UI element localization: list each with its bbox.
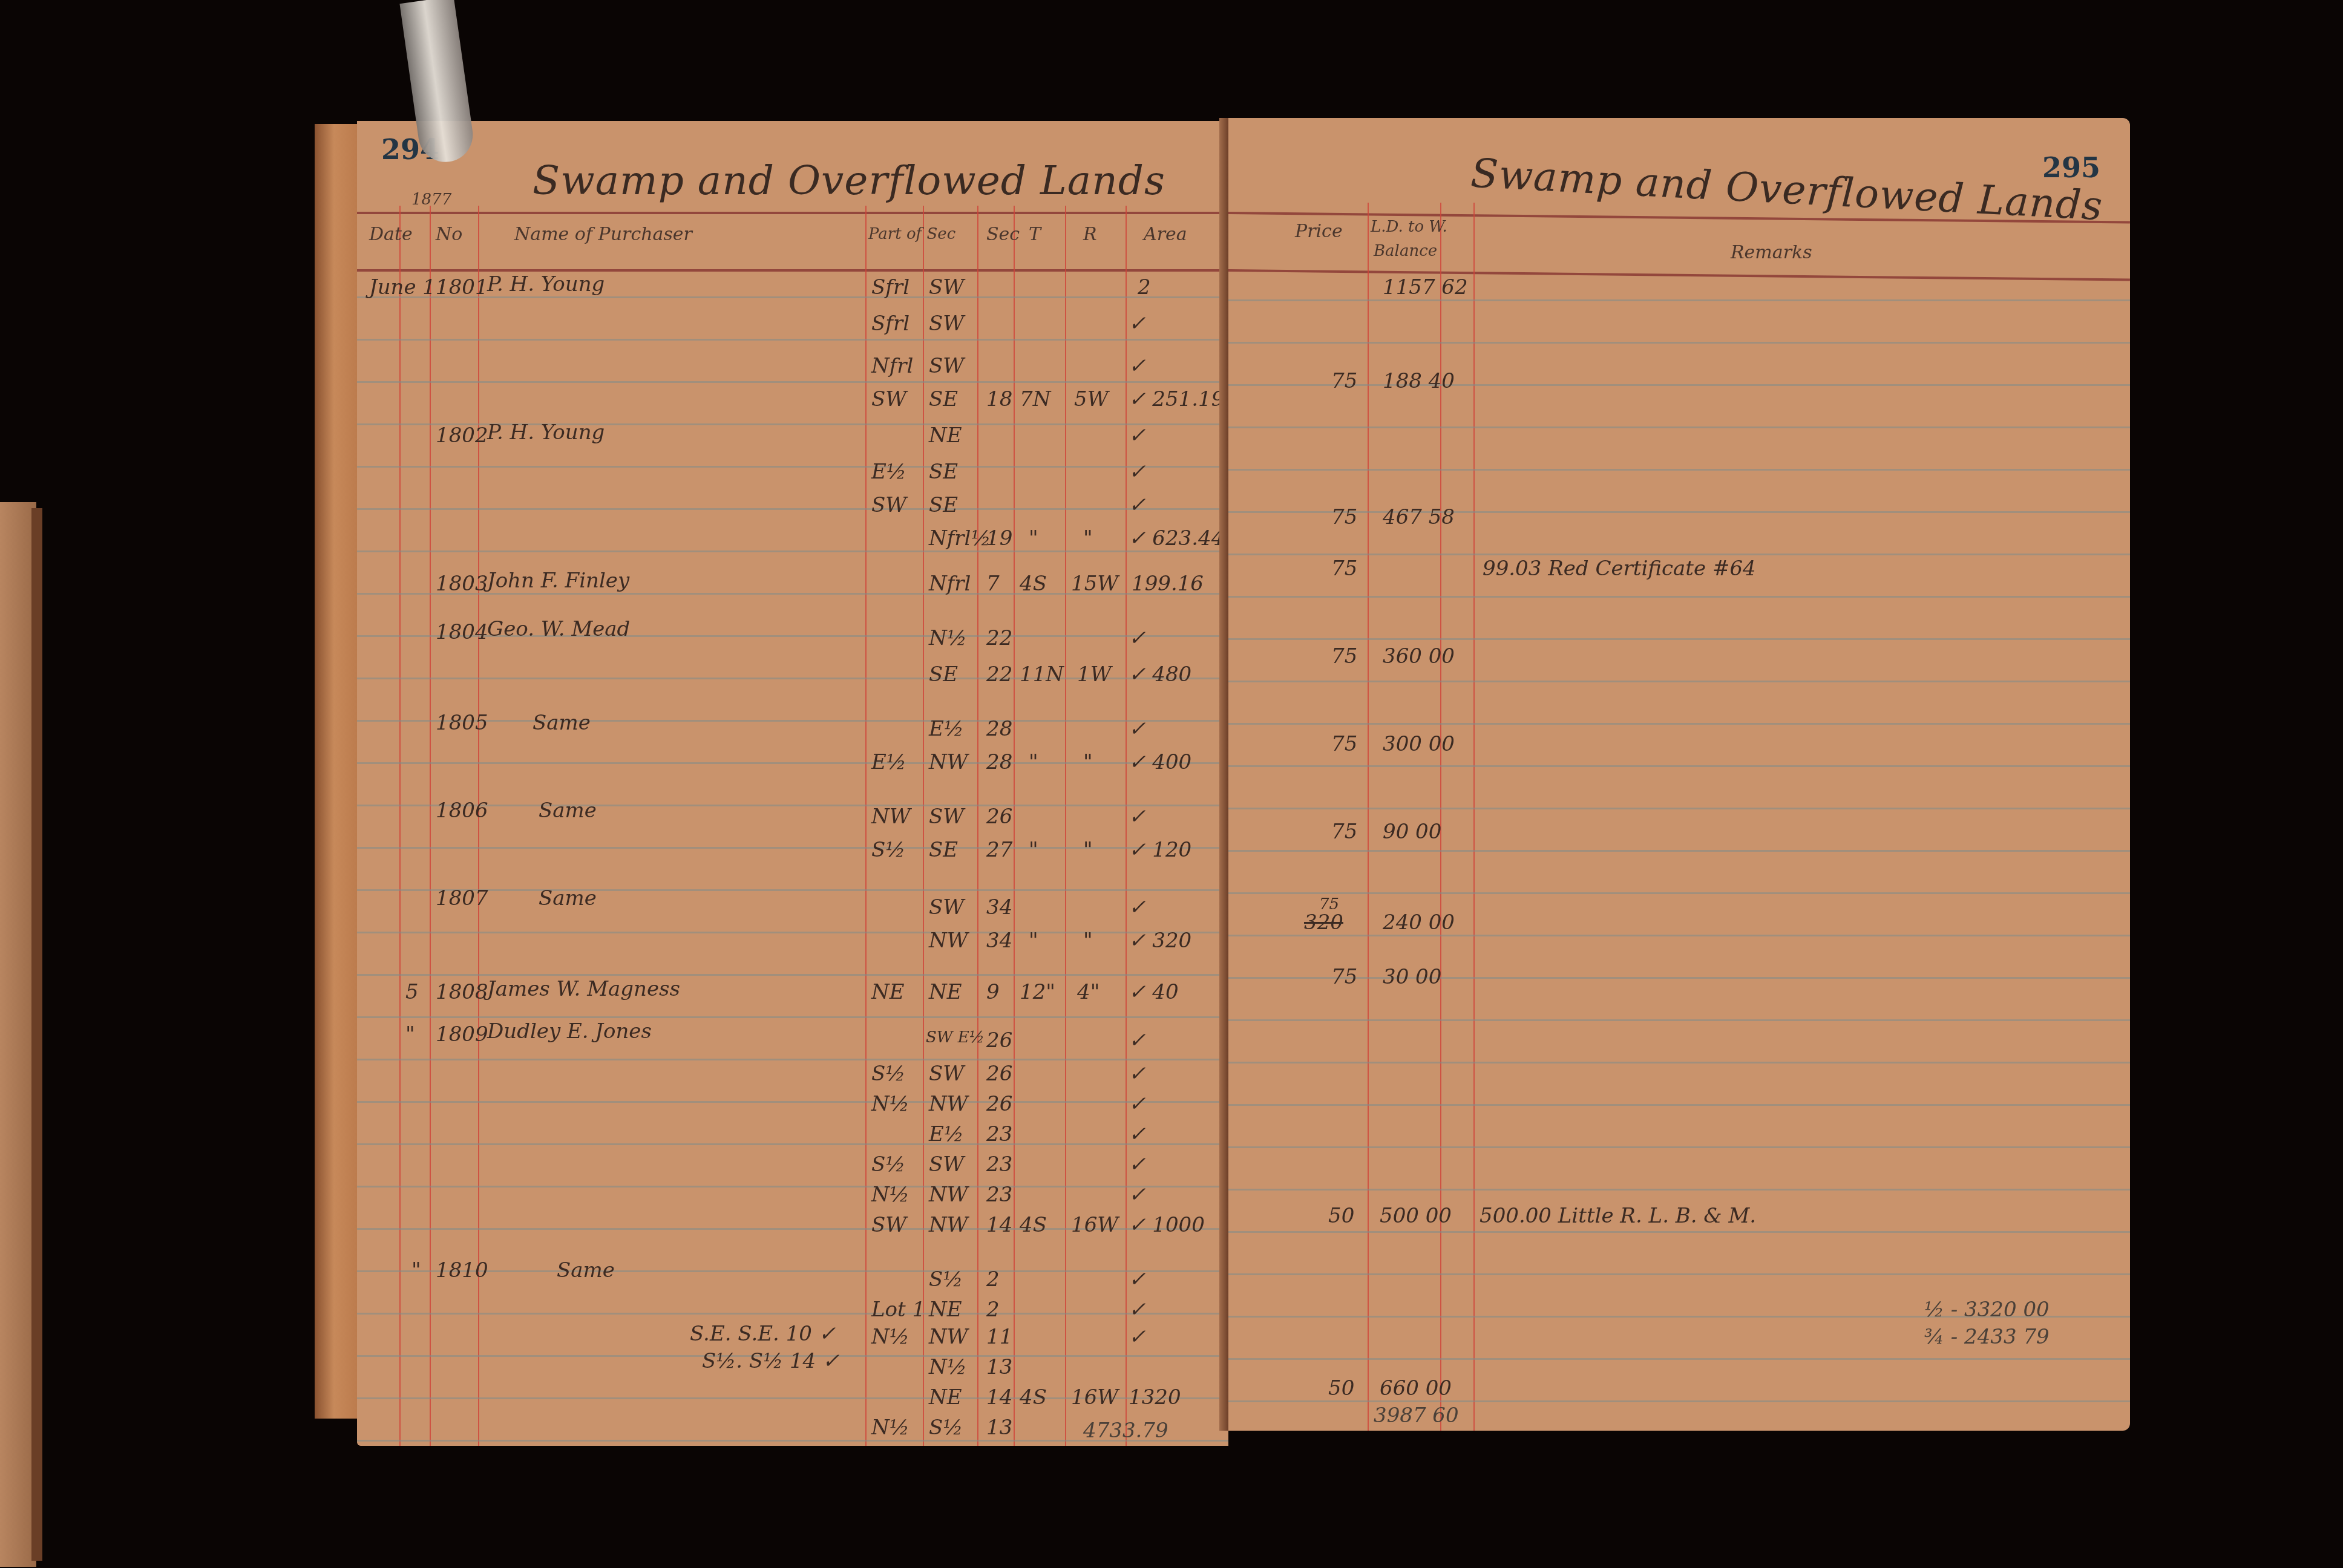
col-line (399, 206, 401, 1446)
line-sec: 19 (986, 526, 1012, 550)
ruled-line (1228, 299, 2130, 301)
col-header-sec: Sec (986, 224, 1020, 245)
entry-no: 1804 (436, 620, 488, 644)
col-header-t: T (1029, 224, 1041, 245)
line-part: NE (871, 980, 905, 1004)
line-sub: SW (929, 354, 964, 378)
entry-purchaser: James W. Magness (487, 977, 680, 1001)
page-title-left: Swamp and Overflowed Lands (532, 157, 1165, 204)
line-area: ✓ (1129, 423, 1146, 448)
line-part: S½ (871, 1152, 905, 1177)
line-area: ✓ (1129, 460, 1146, 484)
line-area: ✓ (1129, 805, 1146, 829)
line-t: " (1029, 929, 1038, 953)
line-sec: 23 (986, 1152, 1012, 1177)
col-line (1126, 206, 1127, 1446)
balance-value: 360 00 (1383, 644, 1455, 668)
line-part: S½ (871, 838, 905, 862)
balance-value: 467 58 (1383, 505, 1455, 529)
ruled-line (1228, 1189, 2130, 1191)
ruled-line (1228, 1273, 2130, 1275)
line-part: SW (871, 1213, 906, 1237)
ruled-line (357, 466, 1228, 468)
price-value: 50 (1328, 1204, 1354, 1228)
adjacent-book-stack (0, 502, 36, 1567)
line-area: 199.16 (1132, 572, 1204, 596)
col-header-name: Name of Purchaser (514, 224, 692, 245)
line-area: ✓ 40 (1129, 980, 1179, 1004)
balance-value: 300 00 (1383, 732, 1455, 756)
price-struck-value: 320 (1304, 910, 1343, 935)
line-sub: NE (929, 423, 962, 448)
ruled-line (357, 1016, 1228, 1018)
line-r: 15W (1071, 572, 1118, 596)
entry-purchaser: P. H. Young (487, 272, 605, 296)
line-sub: NW (929, 929, 968, 953)
header-top-rule (357, 212, 1228, 214)
price-value: 75 (1331, 820, 1357, 844)
line-sec: 11 (986, 1325, 1012, 1349)
ruled-line (1228, 1231, 2130, 1233)
line-part: S½ (871, 1062, 905, 1086)
ruled-line (1228, 469, 2130, 471)
line-sub: NE (929, 980, 962, 1004)
line-sub: SW (929, 895, 964, 920)
ruled-line (1228, 808, 2130, 809)
ruled-line (357, 381, 1228, 383)
line-part: N½ (871, 1325, 909, 1349)
line-sec: 27 (986, 838, 1012, 862)
margin-calc-line-2: ¾ - 2433 79 (1924, 1325, 2050, 1349)
line-area: ✓ (1129, 1298, 1146, 1322)
line-area: ✓ 400 (1129, 750, 1191, 774)
col-header-date: Date (369, 224, 413, 245)
line-sec: 26 (986, 1062, 1012, 1086)
line-part: E½ (871, 460, 906, 484)
line-part: SW (871, 493, 906, 517)
line-area: ✓ 623.44 (1129, 526, 1224, 550)
ruled-line (1228, 935, 2130, 936)
ruled-line (1228, 681, 2130, 682)
line-sub: NW (929, 750, 968, 774)
line-area: ✓ (1129, 626, 1146, 650)
margin-calc-line-1: ½ - 3320 00 (1924, 1298, 2050, 1322)
line-sec: 13 (986, 1416, 1012, 1440)
balance-value: 30 00 (1383, 965, 1441, 989)
line-sec: 34 (986, 929, 1012, 953)
year-note: 1877 (411, 191, 451, 209)
balance-value: 240 00 (1383, 910, 1455, 935)
line-t: 12" (1020, 980, 1055, 1004)
line-part: N½ (871, 1092, 909, 1116)
line-area: ✓ (1129, 717, 1146, 741)
line-part: NW (871, 805, 911, 829)
entry-purchaser: Same (539, 799, 597, 823)
entry-no: 1809 (436, 1022, 488, 1047)
ruled-line (357, 1059, 1228, 1060)
line-area: ✓ 1000 (1129, 1213, 1205, 1237)
col-header-remarks: Remarks (1731, 242, 1812, 263)
line-area: ✓ (1129, 1183, 1146, 1207)
line-r: " (1083, 526, 1093, 550)
ruled-line (357, 847, 1228, 849)
line-area: ✓ (1129, 1152, 1146, 1177)
line-sub: SW E½ (926, 1028, 985, 1047)
line-r: " (1083, 750, 1093, 774)
ruled-line (1228, 1146, 2130, 1148)
right-page: 295 Swamp and Overflowed Lands Price L.D… (1228, 118, 2130, 1431)
ruled-line (1228, 554, 2130, 555)
col-header-ld-to-w: L.D. to W. (1371, 218, 1447, 236)
ruled-line (1228, 342, 2130, 344)
line-sub: NE (929, 1385, 962, 1410)
ruled-line (1228, 1400, 2130, 1402)
ruled-line (1228, 596, 2130, 598)
ruled-line (357, 1313, 1228, 1315)
col-line (1473, 203, 1475, 1431)
entry-no: 1808 (436, 980, 488, 1004)
left-page-total: 4733.79 (1083, 1419, 1168, 1443)
line-sub: SW (929, 312, 964, 336)
col-header-r: R (1083, 224, 1097, 245)
line-r: 5W (1074, 387, 1109, 411)
line-r: 16W (1071, 1385, 1118, 1410)
line-sub: Nfrl (929, 572, 971, 596)
ruled-line (357, 1143, 1228, 1145)
ruled-line (1228, 723, 2130, 725)
line-sub: E½ (929, 1122, 964, 1146)
ruled-line (1228, 384, 2130, 386)
ruled-line (357, 932, 1228, 933)
line-sub: NE (929, 1298, 962, 1322)
ruled-line (357, 1101, 1228, 1103)
price-value: 75 (1331, 732, 1357, 756)
line-sub: SE (929, 662, 958, 687)
line-part: Lot 1 (871, 1298, 925, 1322)
line-sub: NW (929, 1183, 968, 1207)
page-number-right: 295 (2042, 151, 2100, 184)
line-sub: SE (929, 838, 958, 862)
line-sub: SW (929, 1062, 964, 1086)
entry-purchaser: John F. Finley (487, 569, 629, 593)
line-part: Sfrl (871, 312, 909, 336)
line-sec: 26 (986, 1028, 1012, 1053)
balance-value: 90 00 (1383, 820, 1441, 844)
price-value: 50 (1328, 1376, 1354, 1400)
entry-date: 5 (405, 980, 419, 1004)
side-note: S.E. S.E. 10 ✓ (690, 1322, 836, 1346)
col-line (1368, 203, 1369, 1431)
line-sub: S½ (929, 1267, 963, 1292)
line-part: N½ (871, 1416, 909, 1440)
line-area: ✓ (1129, 354, 1146, 378)
line-t: 11N (1020, 662, 1064, 687)
remarks-value: 99.03 Red Certificate #64 (1483, 557, 1756, 581)
line-t: " (1029, 838, 1038, 862)
line-sec: 9 (986, 980, 1000, 1004)
line-area: ✓ (1129, 1122, 1146, 1146)
line-sec: 18 (986, 387, 1012, 411)
line-r: " (1083, 838, 1093, 862)
line-sub: E½ (929, 717, 964, 741)
price-value: 75 (1331, 965, 1357, 989)
line-area: ✓ 251.19 (1129, 387, 1224, 411)
line-r: 1W (1077, 662, 1112, 687)
line-area: ✓ (1129, 312, 1146, 336)
col-header-balance: Balance (1374, 242, 1437, 260)
line-sub: S½ (929, 1416, 963, 1440)
ruled-line (1228, 1062, 2130, 1063)
entry-no: 1806 (436, 799, 488, 823)
side-note: S½. S½ 14 ✓ (702, 1349, 839, 1373)
price-value: 75 (1331, 557, 1357, 581)
line-sec: 22 (986, 626, 1012, 650)
line-sub: SE (929, 493, 958, 517)
area-note: 2 (1138, 275, 1151, 299)
line-area: ✓ (1129, 1092, 1146, 1116)
ruled-line (1228, 765, 2130, 767)
entry-purchaser: Same (557, 1258, 615, 1282)
header-bottom-rule (1228, 269, 2130, 281)
line-sub: SW (929, 1152, 964, 1177)
col-header-no: No (436, 224, 462, 245)
entry-date: " (405, 1022, 415, 1047)
ruled-line (1228, 638, 2130, 640)
line-t: 4S (1020, 1385, 1047, 1410)
ruled-line (1228, 426, 2130, 428)
entry-purchaser: Dudley E. Jones (487, 1019, 652, 1044)
ruled-line (1228, 977, 2130, 979)
line-sec: 26 (986, 1092, 1012, 1116)
line-sub: SE (929, 387, 958, 411)
entry-no: 1803 (436, 572, 488, 596)
line-part: SW (871, 387, 906, 411)
line-t: " (1029, 526, 1038, 550)
ruled-line (357, 1186, 1228, 1187)
entry-no: 1805 (436, 711, 488, 735)
entry-date: " (411, 1258, 421, 1282)
right-page-total: 3987 60 (1374, 1403, 1459, 1428)
entry-no: 1807 (436, 886, 488, 910)
line-part: Nfrl (871, 354, 913, 378)
col-line (865, 206, 867, 1446)
balance-value: 660 00 (1380, 1376, 1452, 1400)
col-header-area: Area (1144, 224, 1187, 245)
ruled-line (1228, 1358, 2130, 1360)
line-r: 4" (1077, 980, 1099, 1004)
line-sec: 23 (986, 1122, 1012, 1146)
ruled-line (1228, 1019, 2130, 1021)
entry-no: 1810 (436, 1258, 488, 1282)
col-line (1014, 206, 1015, 1446)
col-line (1065, 206, 1066, 1446)
col-line (430, 206, 431, 1446)
entry-purchaser: P. H. Young (487, 420, 605, 445)
line-sec: 23 (986, 1183, 1012, 1207)
line-area: ✓ (1129, 1267, 1146, 1292)
line-area: 1320 (1129, 1385, 1181, 1410)
line-part: Sfrl (871, 275, 909, 299)
line-sub: SW (929, 275, 964, 299)
line-sec: 2 (986, 1267, 1000, 1292)
price-value: 75 (1331, 369, 1357, 393)
line-sec: 26 (986, 805, 1012, 829)
line-t: 4S (1020, 1213, 1047, 1237)
entry-purchaser: Same (539, 886, 597, 910)
line-r: " (1083, 929, 1093, 953)
ruled-line (1228, 850, 2130, 852)
ruled-line (357, 550, 1228, 552)
entry-no: 1801 (436, 275, 488, 299)
left-page: 294 Swamp and Overflowed Lands 1877 Date… (357, 121, 1228, 1446)
col-line (923, 206, 924, 1446)
line-sec: 14 (986, 1213, 1012, 1237)
ruled-line (1228, 1104, 2130, 1106)
col-header-part-of-sec: Part of Sec (868, 225, 955, 243)
ruled-line (357, 508, 1228, 510)
line-r: 16W (1071, 1213, 1118, 1237)
price-value: 75 (1331, 505, 1357, 529)
balance-value: 188 40 (1383, 369, 1455, 393)
adjacent-book-binding (31, 508, 42, 1561)
ruled-line (357, 762, 1228, 764)
line-sub: NW (929, 1092, 968, 1116)
entry-no: 1802 (436, 423, 488, 448)
line-part: N½ (871, 1183, 909, 1207)
ruled-line (1228, 892, 2130, 894)
line-area: ✓ 320 (1129, 929, 1191, 953)
line-t: 4S (1020, 572, 1047, 596)
ruled-line (357, 974, 1228, 976)
line-area: ✓ (1129, 493, 1146, 517)
entry-purchaser: Same (532, 711, 591, 735)
line-sub: N½ (929, 1355, 967, 1379)
line-sub: N½ (929, 626, 967, 650)
line-sub: Nfrl½ (929, 526, 991, 550)
line-sub: NW (929, 1325, 968, 1349)
line-area: ✓ (1129, 895, 1146, 920)
line-area: ✓ (1129, 1325, 1146, 1349)
line-sec: 13 (986, 1355, 1012, 1379)
remarks-value: 500.00 Little R. L. B. & M. (1480, 1204, 1756, 1228)
line-sub: NW (929, 1213, 968, 1237)
line-sub: SE (929, 460, 958, 484)
price-value: 75 (1331, 644, 1357, 668)
line-sec: 7 (986, 572, 1000, 596)
ld-to-w-value: 1157 62 (1383, 275, 1468, 299)
line-t: 7N (1020, 387, 1050, 411)
line-area: ✓ (1129, 1062, 1146, 1086)
line-t: " (1029, 750, 1038, 774)
ledger-page-edges (315, 124, 363, 1419)
line-sec: 14 (986, 1385, 1012, 1410)
line-sec: 28 (986, 750, 1012, 774)
header-bottom-rule (357, 269, 1228, 272)
entry-purchaser: Geo. W. Mead (487, 617, 630, 641)
line-sec: 2 (986, 1298, 1000, 1322)
line-sec: 28 (986, 717, 1012, 741)
ruled-line (357, 339, 1228, 341)
line-area: ✓ 120 (1129, 838, 1191, 862)
line-sec: 34 (986, 895, 1012, 920)
col-header-price: Price (1295, 221, 1343, 242)
col-line (977, 206, 978, 1446)
line-sec: 22 (986, 662, 1012, 687)
line-area: ✓ (1129, 1028, 1146, 1053)
ruled-line (1228, 511, 2130, 513)
line-sub: SW (929, 805, 964, 829)
line-area: ✓ 480 (1129, 662, 1191, 687)
balance-value: 500 00 (1380, 1204, 1452, 1228)
line-part: E½ (871, 750, 906, 774)
